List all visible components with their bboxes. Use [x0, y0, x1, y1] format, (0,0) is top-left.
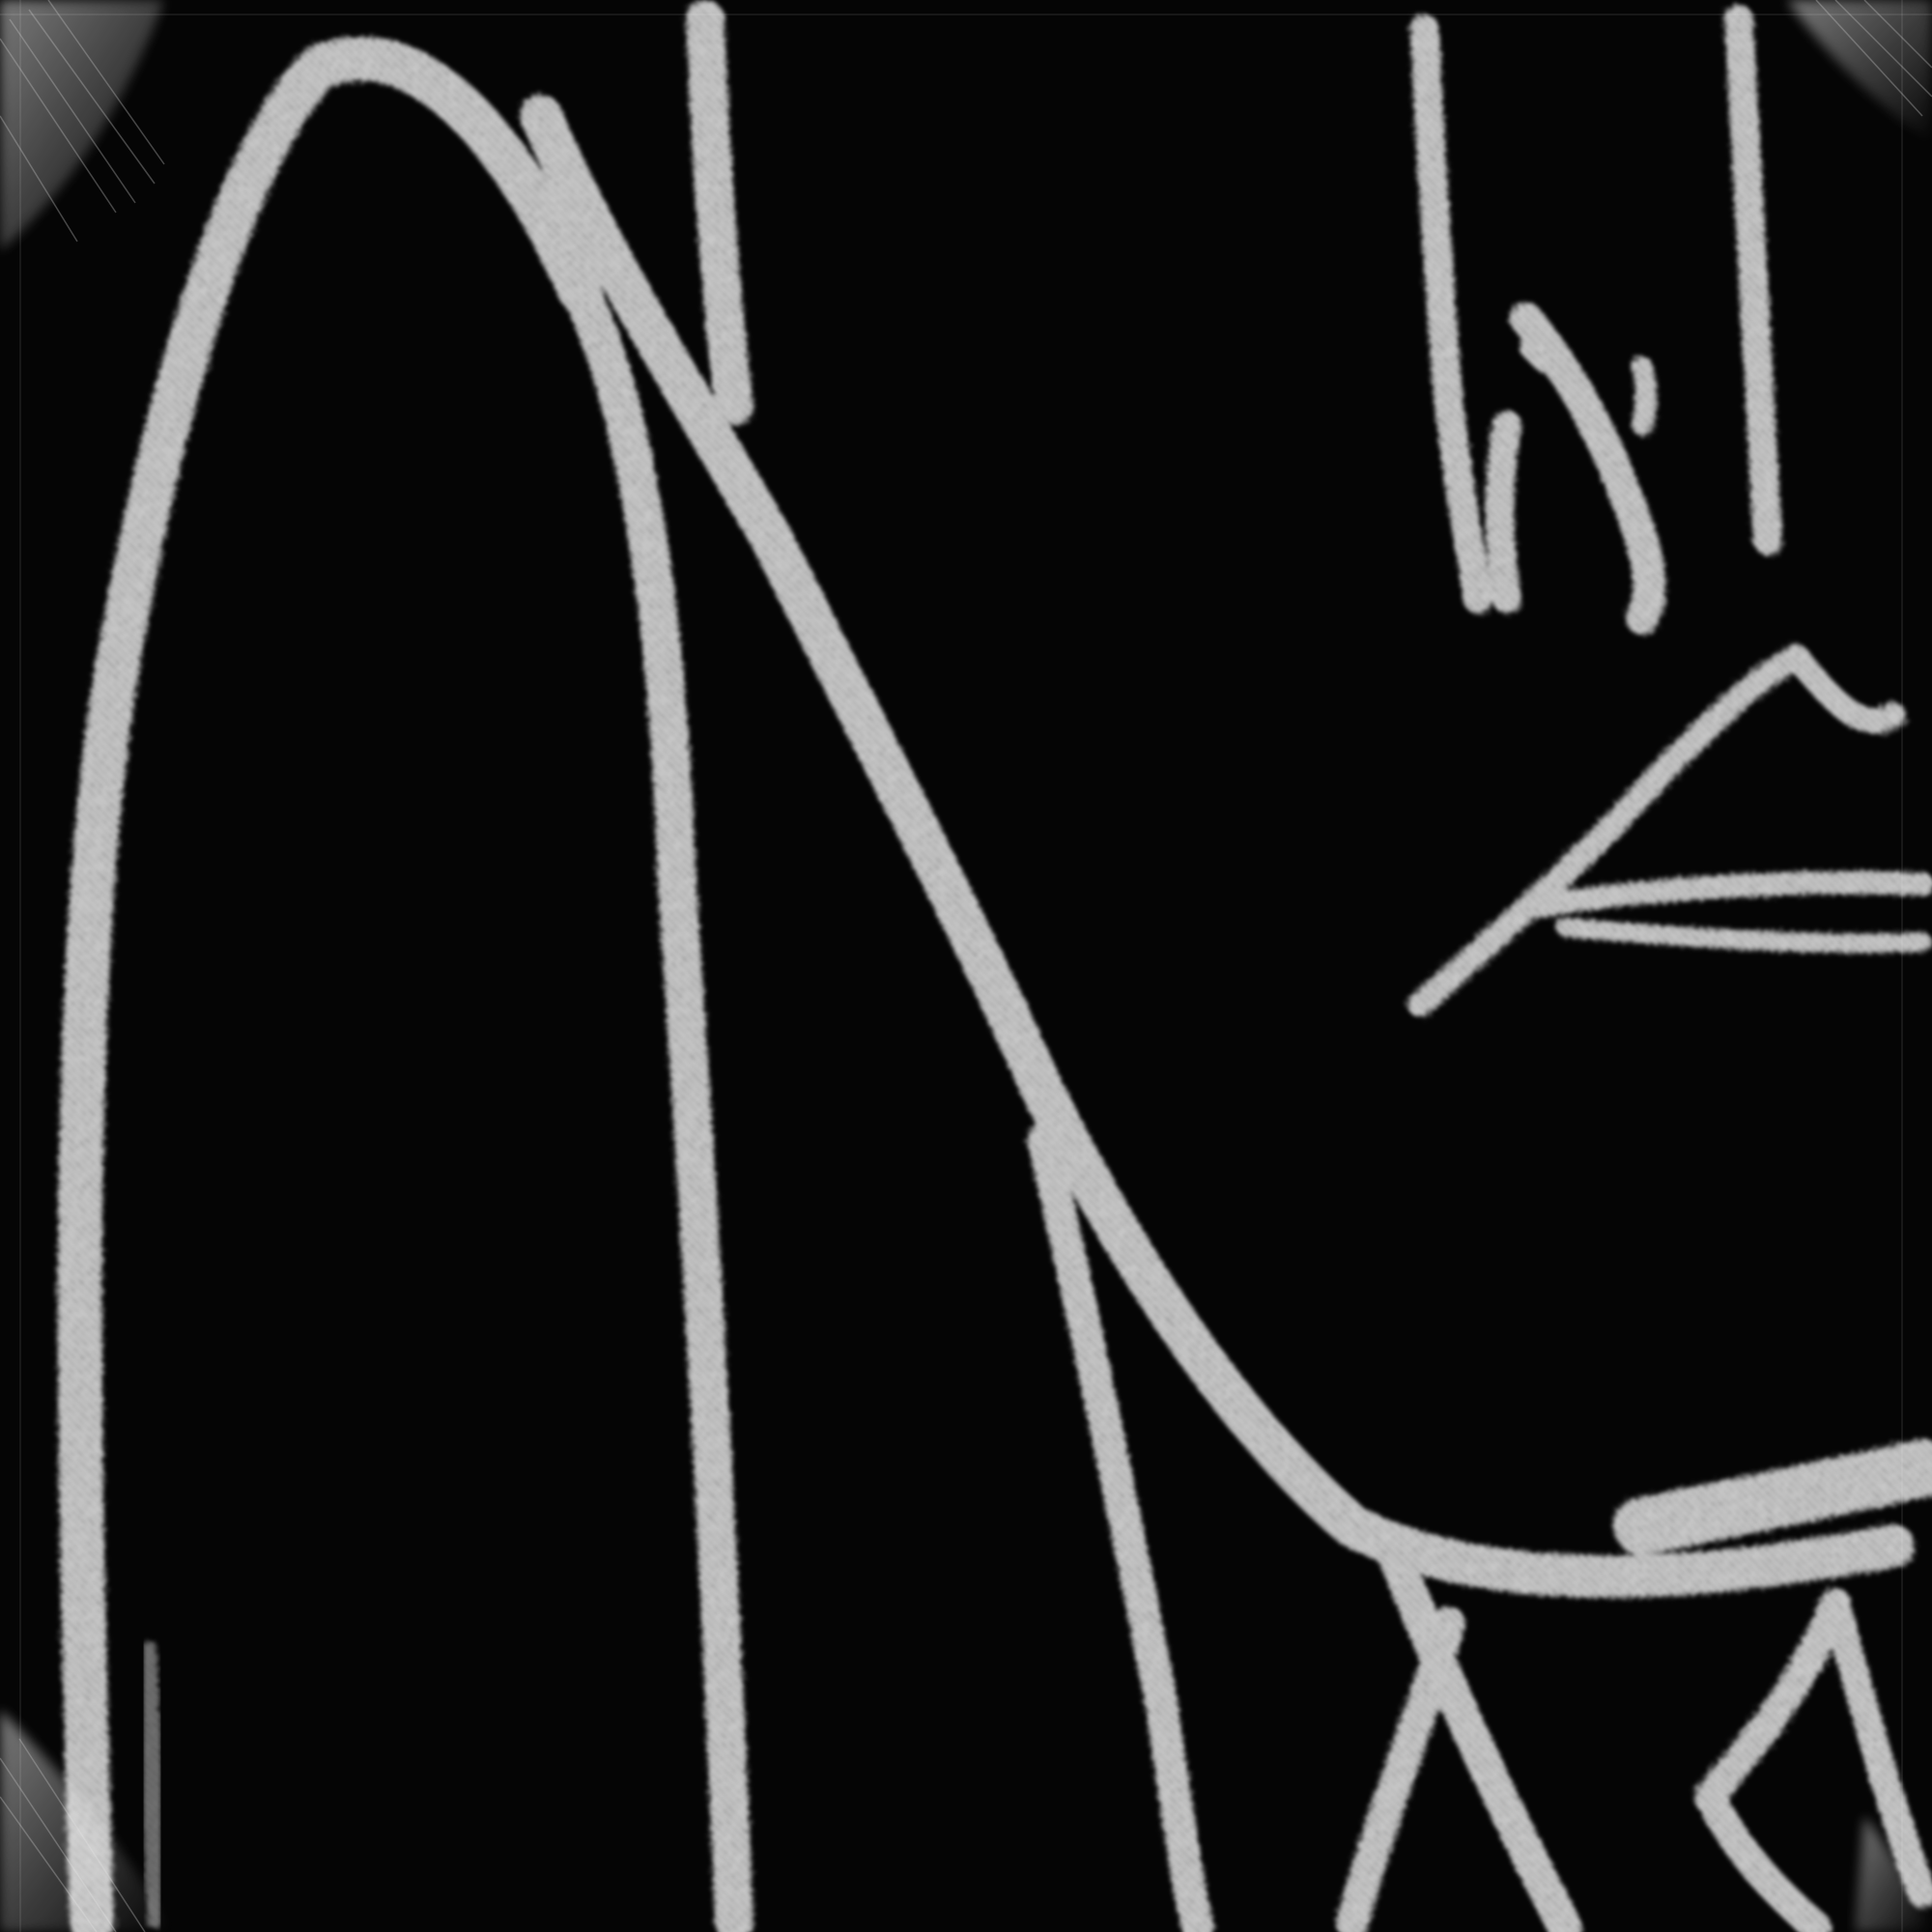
- white-strokes: [80, 19, 1922, 1927]
- shrink-wrap-right-edge: [1901, 0, 1903, 1932]
- shrink-wrap-top-seam: [0, 14, 1932, 15]
- halftone-artwork: [0, 0, 1932, 1932]
- faint-strokes: [145, 1642, 159, 1927]
- shrink-wrap-left-edge: [19, 0, 21, 1932]
- album-cover: [0, 0, 1932, 1932]
